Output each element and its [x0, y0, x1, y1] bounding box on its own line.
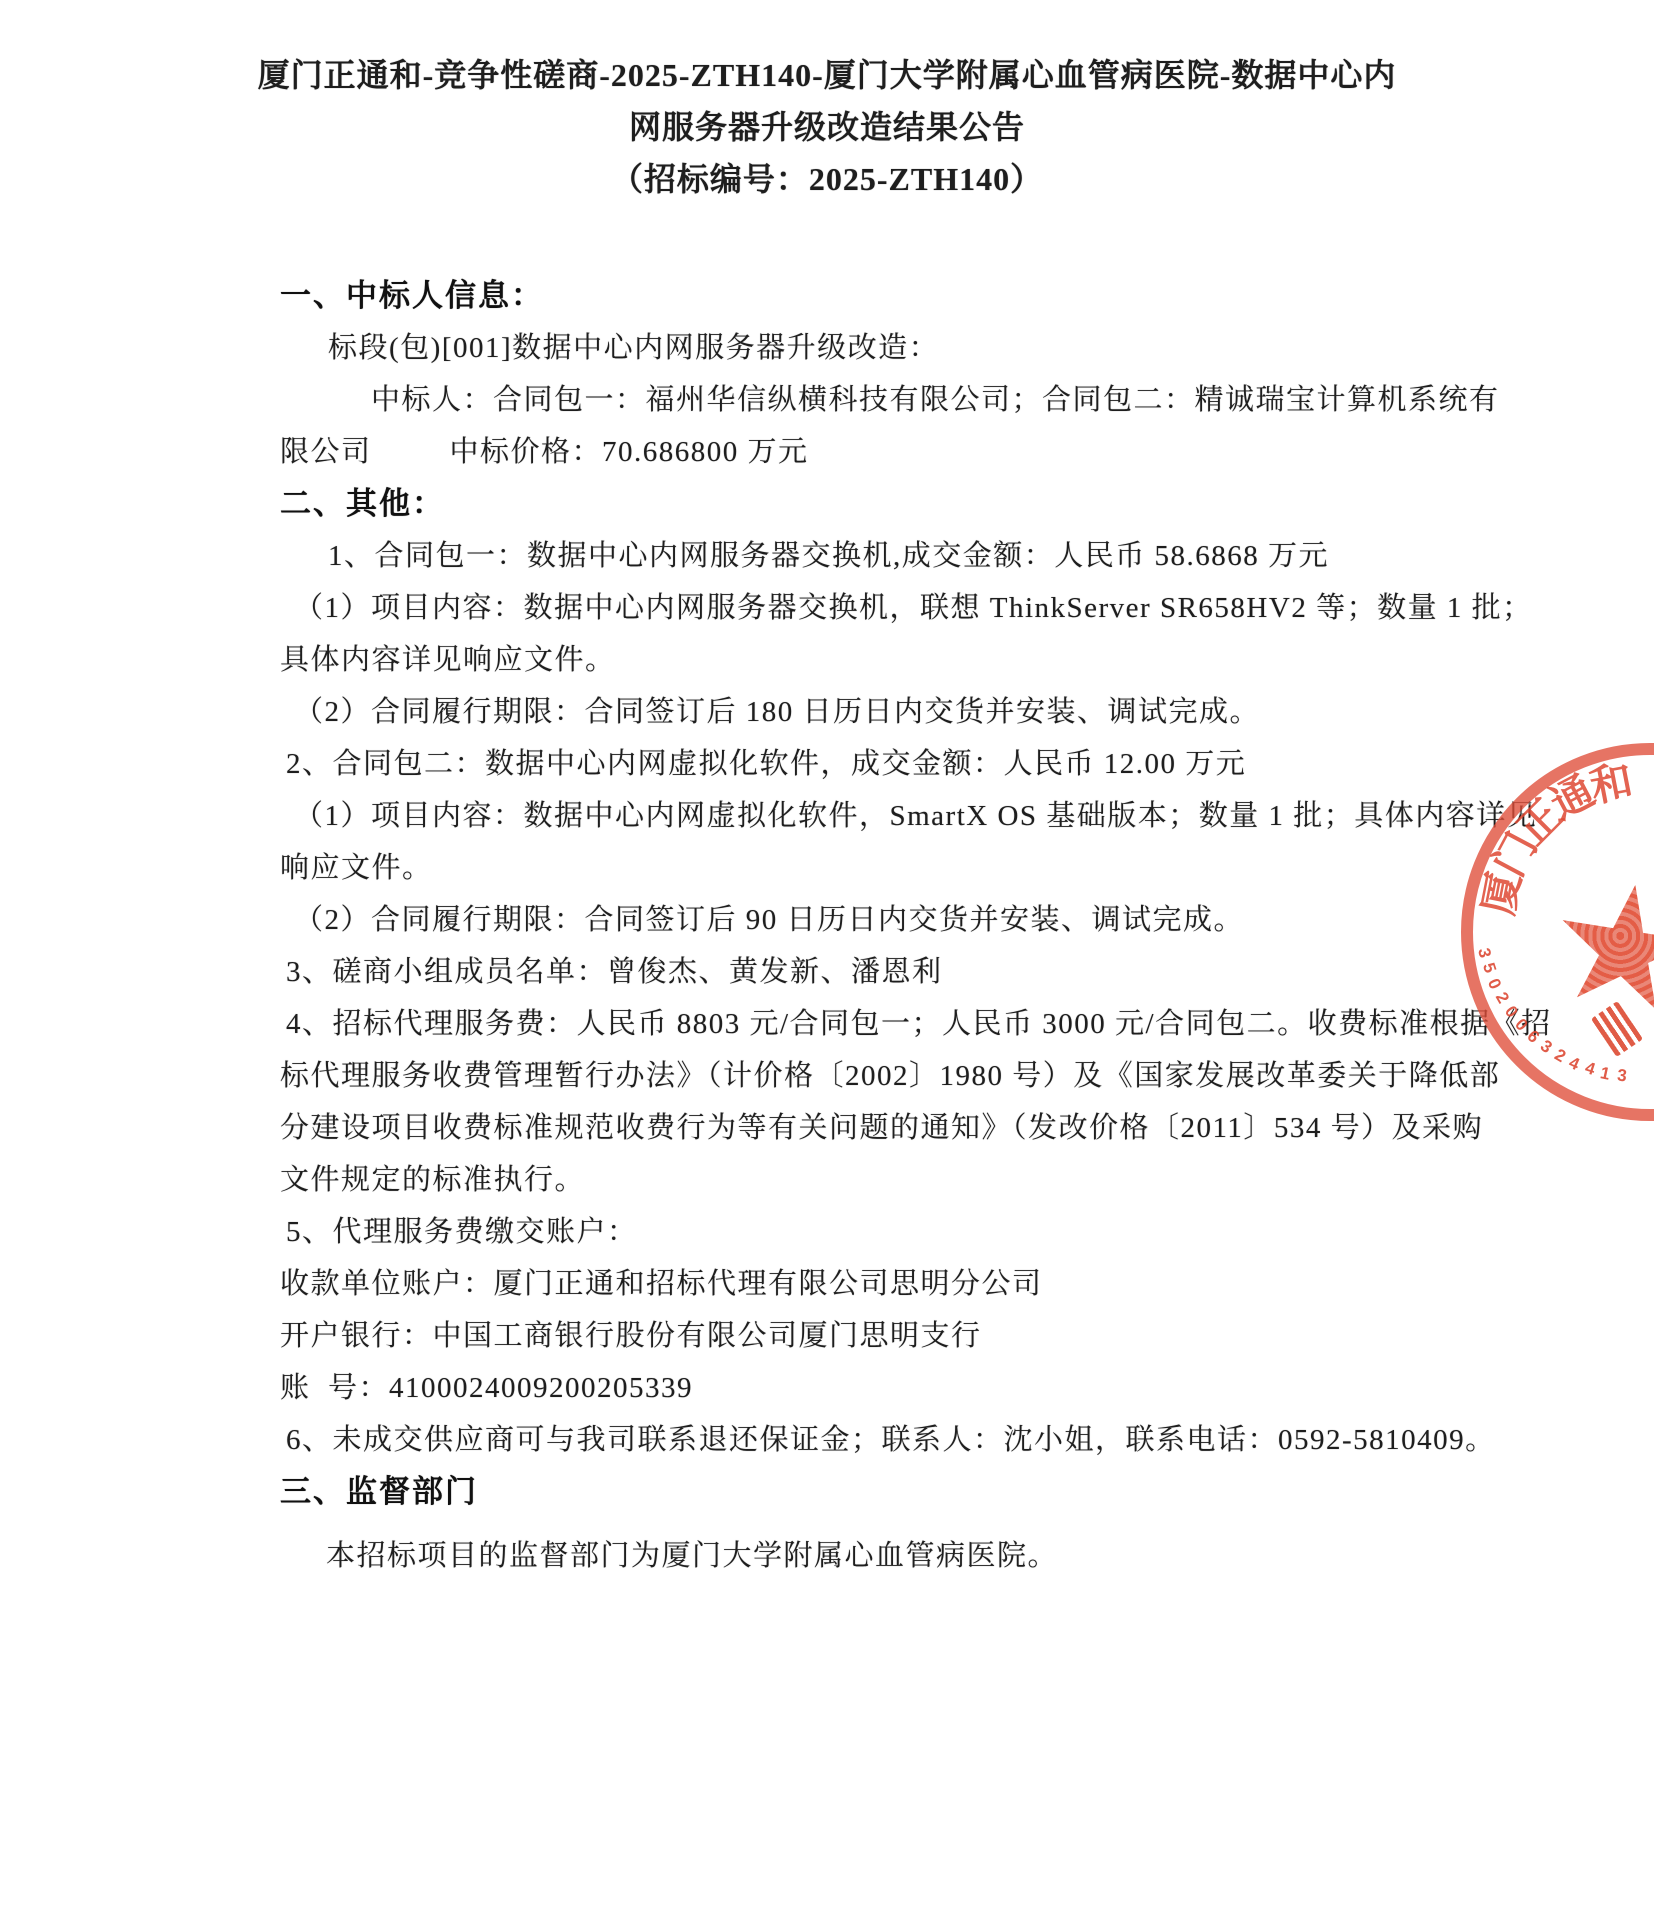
agency-fee-line-3: 分建设项目收费标准规范收费行为等有关问题的通知》（发改价格〔2011〕534 号… [280, 1102, 1654, 1154]
scanned-announcement-page: 厦门正通和-竞争性磋商-2025-ZTH140-厦门大学附属心血管病医院-数据中… [0, 0, 1654, 1923]
package-2-content-continuation: 响应文件。 [280, 842, 1654, 894]
package-1-content-continuation: 具体内容详见响应文件。 [280, 634, 1654, 686]
deposit-refund-line: 6、未成交供应商可与我司联系退还保证金；联系人：沈小姐，联系电话：0592-58… [286, 1414, 1654, 1466]
package-1-content-line: （1）项目内容：数据中心内网服务器交换机，联想 ThinkServer SR65… [294, 582, 1654, 634]
agency-fee-line-2: 标代理服务收费管理暂行办法》（计价格〔2002〕1980 号）及《国家发展改革委… [280, 1050, 1654, 1102]
winner-price-line: 限公司中标价格：70.686800 万元 [280, 426, 1654, 478]
agency-fee-line-1: 4、招标代理服务费：人民币 8803 元/合同包一；人民币 3000 元/合同包… [286, 998, 1654, 1050]
section-heading-supervision: 三、监督部门 [280, 1466, 1654, 1518]
package-2-performance-period-line: （2）合同履行期限：合同签订后 90 日历日内交货并安装、调试完成。 [294, 894, 1654, 946]
contract-package-1-line: 1、合同包一：数据中心内网服务器交换机,成交金额：人民币 58.6868 万元 [328, 530, 1654, 582]
account-number-line: 账 号：4100024009200205339 [280, 1362, 1654, 1414]
bank-line: 开户银行：中国工商银行股份有限公司厦门思明支行 [280, 1310, 1654, 1362]
section-heading-other: 二、其他： [280, 478, 1654, 530]
supervision-body-line: 本招标项目的监督部门为厦门大学附属心血管病医院。 [326, 1530, 1654, 1582]
document-title-line-1: 厦门正通和-竞争性磋商-2025-ZTH140-厦门大学附属心血管病医院-数据中… [0, 49, 1654, 101]
tender-number-line: （招标编号：2025-ZTH140） [0, 153, 1654, 205]
lot-line: 标段(包)[001]数据中心内网服务器升级改造： [328, 322, 1654, 374]
document-body: 一、中标人信息： 标段(包)[001]数据中心内网服务器升级改造： 中标人：合同… [0, 270, 1654, 1582]
payment-account-heading-line: 5、代理服务费缴交账户： [286, 1206, 1654, 1258]
winning-price: 中标价格：70.686800 万元 [450, 436, 809, 468]
announcement-document: 厦门正通和-竞争性磋商-2025-ZTH140-厦门大学附属心血管病医院-数据中… [0, 0, 1654, 1582]
negotiation-team-line: 3、磋商小组成员名单：曾俊杰、黄发新、潘恩利 [286, 946, 1654, 998]
package-2-content-line: （1）项目内容：数据中心内网虚拟化软件，SmartX OS 基础版本；数量 1 … [294, 790, 1654, 842]
agency-fee-line-4: 文件规定的标准执行。 [280, 1154, 1654, 1206]
section-heading-winner-info: 一、中标人信息： [280, 270, 1654, 322]
winner-line-continuation: 限公司 [280, 436, 372, 468]
package-1-performance-period-line: （2）合同履行期限：合同签订后 180 日历日内交货并安装、调试完成。 [294, 686, 1654, 738]
document-title-line-2: 网服务器升级改造结果公告 [0, 101, 1654, 153]
contract-package-2-line: 2、合同包二：数据中心内网虚拟化软件，成交金额：人民币 12.00 万元 [286, 738, 1654, 790]
payee-account-line: 收款单位账户：厦门正通和招标代理有限公司思明分公司 [280, 1258, 1654, 1310]
winner-line: 中标人：合同包一：福州华信纵横科技有限公司；合同包二：精诚瑞宝计算机系统有 [371, 374, 1654, 426]
